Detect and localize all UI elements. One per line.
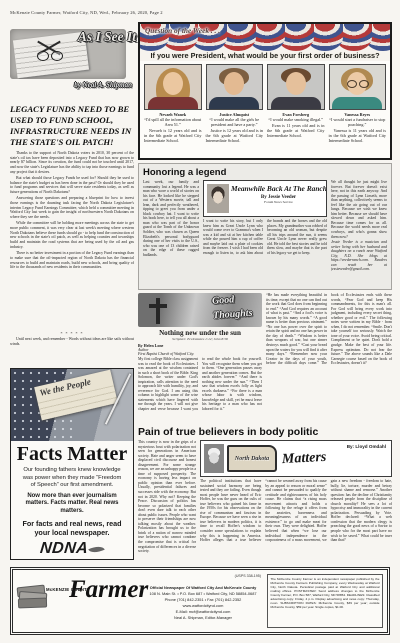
- lloyd-omdahl-photo: [204, 444, 224, 473]
- cross-icon: [156, 298, 160, 324]
- masthead-info: (USPS 338-195) Official Newspaper Of Wat…: [143, 574, 263, 628]
- ranch-signoff: Jessie Veeder is a musician and writer l…: [331, 240, 387, 272]
- newspaper-stack-icon: [18, 597, 47, 608]
- respondent-photo: [329, 64, 387, 110]
- editorial-signoff: Until next week, and remember - Words wi…: [10, 337, 134, 346]
- north-dakota-state-logo: North Dakota: [227, 445, 277, 472]
- ranch-column-section: Honoring a legend Last week, our family …: [138, 163, 392, 290]
- masthead-box: McKENZIE COUNTY Farmer (USPS 338-195) Of…: [10, 567, 390, 635]
- respondent-quote: “I'd spill all the information about Are…: [144, 117, 202, 127]
- farmer-logo: McKENZIE COUNTY Farmer: [17, 574, 139, 628]
- omdahl-column-1: This country is now in the grips of a my…: [138, 440, 196, 554]
- ndna-wordmark: NDNA: [39, 540, 89, 558]
- editorial-paragraph: While the committee will be holding more…: [10, 221, 134, 249]
- ranch-column-title: Meanwhile Back At The Ranch: [231, 184, 326, 193]
- good-thoughts-right-text: “He has made everything beautiful in its…: [266, 293, 392, 422]
- ndna-logo: NDNA NORTH DAKOTA NEWSPAPER ASSOCIATION …: [11, 540, 133, 560]
- cross-icon: [149, 304, 167, 308]
- ranch-column-4: We all thought he just might live foreve…: [331, 180, 387, 284]
- respondent-cell: Nevaeh Wanek “I'd spill all the informat…: [144, 64, 202, 143]
- feather-icon: [88, 543, 105, 555]
- good-thoughts-scripture: Scripture: Ecclesiastes 1:12; John 8:58: [138, 337, 262, 341]
- respondent-row: Nevaeh Wanek “I'd spill all the informat…: [140, 61, 390, 143]
- patriotic-bunting: Question of the Week . . . If you were P…: [140, 24, 390, 61]
- respondent-bio: Evan is 11 years old and is in the 6th g…: [267, 123, 325, 138]
- good-thoughts-byline-church: First Baptist Church of Watford City.: [138, 352, 262, 356]
- ranch-column-1: Last week, our family and community lost…: [143, 180, 199, 284]
- glasses-icon: [51, 51, 63, 61]
- as-i-see-it-logo: As I See It by Neal A. Shipman: [10, 25, 134, 101]
- matters-script-wordmark: Matters: [282, 449, 327, 467]
- usps-number: (USPS 338-195): [235, 574, 261, 580]
- respondent-quote: “I would make all the girls be president…: [206, 117, 264, 127]
- good-thoughts-headline: Nothing new under the sun: [138, 329, 262, 337]
- respondent-photo: [144, 64, 202, 110]
- flag-constitution-image: We the People: [11, 369, 133, 441]
- editorial-paragraph: But what should those Legacy Funds be us…: [10, 176, 134, 195]
- omdahl-byline: By: Lloyd Omdahl: [347, 444, 386, 449]
- ndna-association-bar: NORTH DAKOTA NEWSPAPER ASSOCIATION: [26, 559, 118, 560]
- question-of-the-week-box: Question of the Week . . . If you were P…: [138, 22, 392, 160]
- glasses-icon: [37, 51, 49, 61]
- facts-matter-line2: Now more than ever journalism matters. F…: [11, 493, 133, 516]
- column-logo-title: As I See It: [78, 29, 136, 45]
- good-thoughts-section: Good Thoughts Nothing new under the sun …: [138, 293, 392, 422]
- respondent-photo: [267, 64, 325, 110]
- good-thoughts-logo-word1: Good: [211, 294, 234, 307]
- ranch-column-header-box: Meanwhile Back At The Ranch By Jessie Ve…: [203, 180, 327, 217]
- respondent-bio: Justice is 12 years old and is in the 6t…: [206, 128, 264, 143]
- editorial-paragraph: There is no better investment in a porti…: [10, 251, 134, 270]
- good-thoughts-left-text: My first college Bible class assignment …: [138, 357, 262, 415]
- editorial-paragraph: Thanks to the support of North Dakota vo…: [10, 151, 134, 174]
- masthead-editor: Neal A. Shipman, Editor-Manager: [143, 615, 263, 621]
- masthead-fine-print: The McKenzie County Farmer is an indepen…: [267, 574, 383, 628]
- respondent-cell: Evan Forsberg “I would make smoking ille…: [267, 64, 325, 143]
- respondent-cell: Vanessa Reyes “I would start a fundraise…: [329, 64, 387, 143]
- question-week-kicker: Question of the Week . . .: [145, 26, 220, 35]
- nd-matters-header-box: North Dakota Matters By: Lloyd Omdahl: [200, 440, 392, 477]
- omdahl-headline: Pain of true believers in body politic: [138, 426, 392, 438]
- column-logo-byline: by Neal A. Shipman: [74, 81, 132, 89]
- respondent-quote: “I would start a fundraiser to stop poac…: [329, 117, 387, 127]
- section-divider: * * * * *: [10, 331, 134, 336]
- good-thoughts-banner: Good Thoughts: [138, 293, 262, 327]
- respondent-quote: “I would make smoking illegal.”: [267, 117, 325, 122]
- respondent-photo: [206, 64, 264, 110]
- facts-matter-line3: For facts and real news, read your local…: [11, 519, 133, 537]
- facts-matter-headline: Facts Matter: [11, 443, 133, 466]
- respondent-bio: Vanessa is 11 years old and is in the 6t…: [329, 128, 387, 143]
- question-week-question: If you were President, what would be you…: [140, 51, 390, 60]
- omdahl-column-section: Pain of true believers in body politic T…: [138, 426, 392, 558]
- editorial-paragraph: Answering those questions and preparing …: [10, 196, 134, 219]
- omdahl-column-text: The political institutions that have sus…: [200, 479, 392, 553]
- ranch-headline: Honoring a legend: [143, 167, 387, 178]
- farmer-logo-wordmark: Farmer: [69, 576, 148, 604]
- ranch-column-credit: Forum News Service: [231, 200, 326, 204]
- respondent-cell: Justice Almquist “I would make all the g…: [206, 64, 264, 143]
- facts-matter-ad: We the People Facts Matter Our founding …: [10, 368, 134, 560]
- good-thoughts-logo-word2: Thoughts: [212, 308, 252, 322]
- editorial-body: Thanks to the support of North Dakota vo…: [10, 151, 134, 327]
- editorial-headline: LEGACY FUNDS NEED TO BE USED TO FUND SCH…: [10, 104, 135, 149]
- ranch-column-middle: I want to write his story, but I only kn…: [203, 219, 327, 285]
- respondent-bio: Nevaeh is 12 years old and is in the 6th…: [144, 128, 202, 143]
- folio-line: McKenzie County Farmer, Watford City, ND…: [10, 10, 163, 15]
- jessie-veeder-photo: [207, 184, 229, 213]
- facts-matter-line1: Our founding fathers knew knowledge was …: [11, 467, 133, 490]
- newspaper-page: McKenzie County Farmer, Watford City, ND…: [0, 0, 400, 643]
